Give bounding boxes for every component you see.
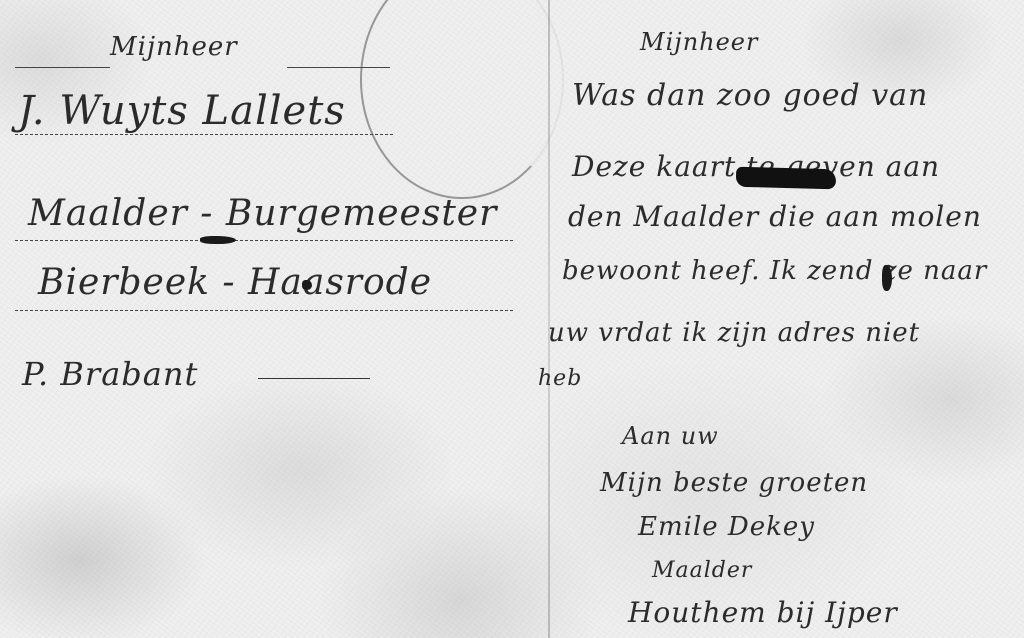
message-salutation: Mijnheer (640, 28, 758, 56)
signature-occupation: Maalder (652, 558, 752, 583)
address-rule (287, 67, 390, 68)
address-line-recipient: J. Wuyts Lallets (18, 88, 346, 134)
postmark-stamp (360, 0, 564, 199)
address-rule (15, 67, 110, 68)
address-rule (15, 240, 513, 241)
address-salutation: Mijnheer (110, 32, 238, 62)
message-line: uw vrdat ik zijn adres niet (548, 318, 920, 348)
ink-spot (882, 265, 892, 291)
ink-spot (302, 280, 312, 290)
message-line: heb (538, 366, 582, 391)
postcard: Mijnheer J. Wuyts Lallets Maalder - Burg… (0, 0, 1024, 638)
ink-redaction (736, 167, 836, 190)
closing-line: Mijn beste groeten (600, 468, 868, 498)
address-rule (15, 310, 513, 311)
address-line-province: P. Brabant (22, 355, 198, 393)
message-line: den Maalder die aan molen (568, 200, 982, 233)
ink-smudge (200, 236, 236, 244)
message-line: bewoont heef. Ik zend ze naar (562, 256, 987, 286)
signature-place: Houthem bij Ijper (628, 596, 898, 629)
message-line: Was dan zoo goed van (572, 78, 928, 113)
signature-name: Emile Dekey (638, 512, 815, 542)
flourish-line (258, 378, 370, 379)
address-line-title: Maalder - Burgemeester (28, 193, 497, 234)
closing-line: Aan uw (622, 422, 719, 450)
address-rule (15, 134, 393, 135)
address-line-town: Bierbeek - Haasrode (38, 262, 432, 303)
